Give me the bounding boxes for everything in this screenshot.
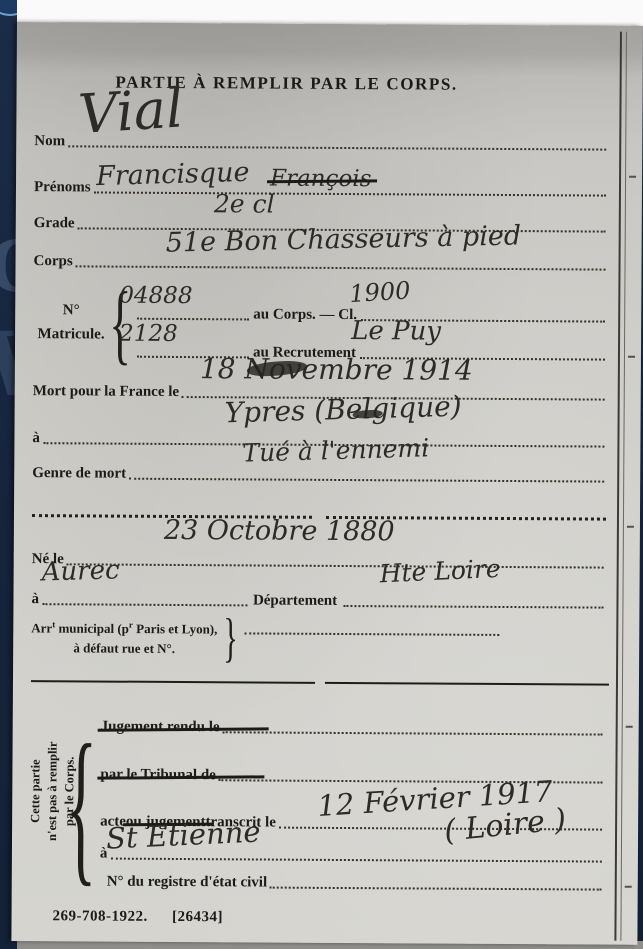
field-registre: N° du registre d'état civil bbox=[107, 867, 602, 894]
dotted-leader bbox=[110, 856, 602, 863]
edge-tick bbox=[629, 176, 636, 178]
edge-tick bbox=[628, 356, 635, 358]
prenoms-struck-value: François bbox=[270, 166, 372, 193]
mort-date-handwritten: 18 Novembre 1914 bbox=[200, 355, 473, 385]
grade-label: Grade bbox=[34, 215, 78, 232]
mort-label: Mort pour la France le bbox=[33, 383, 182, 401]
dotted-leader bbox=[42, 601, 247, 606]
classe-handwritten: 1900 bbox=[349, 278, 411, 306]
matricule-label-line2: Matricule. bbox=[33, 322, 109, 346]
dotted-leader bbox=[76, 263, 606, 270]
matricule-corps-handwritten: 04888 bbox=[119, 285, 192, 308]
tribunal-label-struck: par le Tribunal de bbox=[100, 767, 219, 785]
edge-tick bbox=[626, 726, 633, 728]
edge-tick bbox=[627, 526, 634, 528]
field-jugement: Jugement rendu le bbox=[101, 712, 603, 739]
arr-label-part: Paris et Lyon), bbox=[133, 621, 218, 637]
brace-glyph: { bbox=[65, 706, 97, 905]
corps-handwritten-value: 51e Bon Chasseurs à pied bbox=[165, 222, 521, 256]
dotted-leader bbox=[137, 316, 249, 321]
jugement-label-struck: Jugement rendu le bbox=[101, 719, 223, 737]
mort-lieu-label: à bbox=[32, 430, 43, 447]
genre-mort-label: Genre de mort bbox=[32, 465, 129, 483]
dotted-leader bbox=[343, 603, 603, 609]
nom-label: Nom bbox=[34, 133, 68, 150]
mort-lieu-handwritten: Ypres (Belgique) bbox=[224, 393, 462, 428]
naissance-lieu-label: à bbox=[31, 591, 42, 608]
matricule-recrutement-handwritten: 2128 bbox=[119, 323, 178, 346]
form-ref-number: [26434] bbox=[172, 909, 223, 925]
arr-label-line2: à défaut rue et N°. bbox=[31, 638, 217, 659]
matricule-label: N° Matricule. bbox=[33, 298, 109, 346]
field-naissance-lieu: à Département bbox=[31, 584, 603, 611]
recrutement-lieu-handwritten: Le Puy bbox=[351, 318, 441, 345]
section-rule bbox=[31, 678, 609, 686]
arr-municipal-label: Arrt municipal (pr Paris et Lyon), à déf… bbox=[31, 618, 217, 658]
military-death-record-form: PARTIE À REMPLIR PAR LE CORPS. Nom Vial … bbox=[11, 22, 643, 945]
form-code: 269-708-1922. bbox=[52, 908, 147, 925]
prenoms-handwritten-value: Francisque bbox=[96, 159, 250, 190]
page-fold-edge bbox=[614, 32, 627, 941]
matricule-label-line1: N° bbox=[33, 298, 109, 322]
genre-mort-handwritten: Tué à l'ennemi bbox=[242, 435, 429, 465]
dotted-leader bbox=[68, 143, 606, 150]
departement-label: Département bbox=[247, 592, 343, 610]
dotted-leader bbox=[223, 729, 603, 735]
departement-handwritten: Hte Loire bbox=[379, 556, 501, 587]
corps-label: Corps bbox=[33, 253, 75, 270]
registre-label: N° du registre d'état civil bbox=[107, 874, 271, 892]
scanned-record-page: C W PARTIE À REMPLIR PAR LE CORPS. Nom V… bbox=[0, 0, 643, 949]
side-note-line: Cette partie bbox=[27, 706, 45, 876]
naissance-lieu-handwritten: Aurec bbox=[41, 557, 120, 585]
transcrit-lieu-handwritten: St Etienne bbox=[105, 817, 261, 853]
prenoms-label: Prénoms bbox=[34, 179, 94, 196]
form-reference: 269-708-1922. [26434] bbox=[52, 908, 243, 926]
grade-handwritten-value: 2e cl bbox=[214, 191, 275, 216]
dotted-leader bbox=[270, 885, 602, 891]
ne-le-handwritten: 23 Octobre 1880 bbox=[164, 517, 395, 545]
au-corps-label: au Corps. — Cl. bbox=[249, 306, 361, 324]
dotted-leader bbox=[129, 476, 604, 483]
brace-glyph: } bbox=[223, 608, 238, 669]
dotted-leader bbox=[244, 630, 499, 636]
dotted-leader bbox=[67, 561, 604, 568]
arr-label-part: Arr bbox=[31, 620, 52, 635]
edge-tick bbox=[625, 886, 632, 888]
side-note-line: n'est pas à remplir bbox=[44, 706, 62, 876]
arr-label-part: municipal (p bbox=[55, 621, 129, 636]
nom-handwritten-value: Vial bbox=[77, 81, 185, 142]
field-arr-municipal: Arrt municipal (pr Paris et Lyon), à déf… bbox=[31, 618, 499, 660]
